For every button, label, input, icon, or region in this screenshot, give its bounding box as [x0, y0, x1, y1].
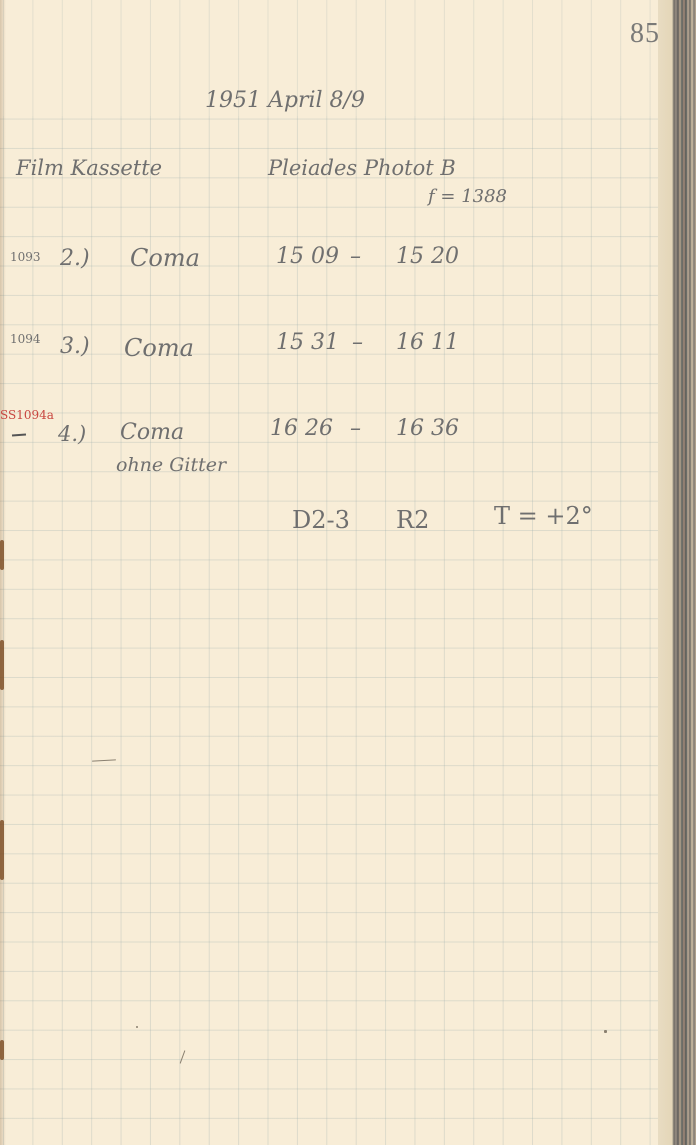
end-time: 16 36 — [396, 416, 459, 441]
notebook-binding — [658, 0, 696, 1145]
time-dash: – — [352, 330, 363, 355]
stain-mark — [0, 540, 4, 570]
entry-date: 1951 April 8/9 — [205, 88, 365, 113]
stain-mark — [0, 640, 4, 690]
object-note: ohne Gitter — [116, 454, 226, 476]
end-time: 15 20 — [396, 244, 459, 269]
plate-number: 1093 — [10, 250, 41, 264]
note-t: T = +2° — [494, 502, 593, 530]
end-time: 16 11 — [396, 330, 459, 355]
note-d: D2-3 — [292, 506, 350, 534]
start-time: 16 26 — [270, 416, 333, 441]
time-dash: – — [350, 416, 361, 441]
object-name: Coma — [130, 244, 200, 272]
page-number: 85 — [630, 18, 660, 50]
object-name: Coma — [120, 420, 184, 445]
stain-mark — [0, 1040, 4, 1060]
column-header-film-cassette: Film Kassette — [16, 156, 162, 180]
start-time: 15 09 — [276, 244, 339, 269]
object-name: Coma — [124, 334, 194, 362]
page-left-edge — [0, 0, 6, 1145]
exposure-number: 3.) — [60, 334, 90, 359]
start-time: 15 31 — [276, 330, 339, 355]
plate-number-annotation: SS1094a — [0, 408, 54, 422]
plate-number: 1094 — [10, 332, 41, 346]
speck — [136, 1026, 138, 1028]
note-r: R2 — [396, 506, 429, 534]
focal-length: f = 1388 — [428, 186, 507, 207]
exposure-number: 2.) — [60, 246, 90, 271]
stain-mark — [0, 820, 4, 880]
exposure-number: 4.) — [58, 422, 86, 446]
column-header-instrument: Pleiades Photot B — [268, 156, 456, 180]
speck — [604, 1030, 607, 1033]
time-dash: – — [350, 244, 361, 269]
